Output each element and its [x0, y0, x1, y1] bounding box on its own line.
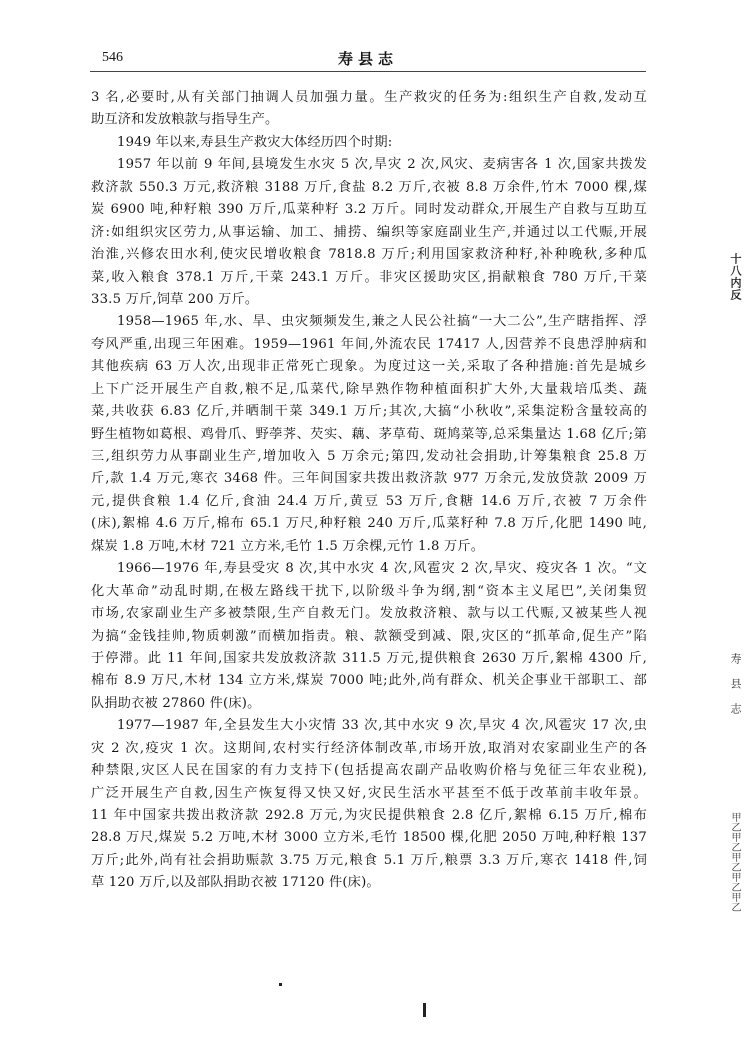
- text-line: 治淮,兴修农田水利,使灾民增收粮食 7818.8 万斤;利用国家救济种籽,补种晚…: [91, 244, 647, 266]
- text-line: 33.5 万斤,饲草 200 万斤。: [91, 289, 647, 311]
- text-line: 万斤;此外,尚有社会捐助赈款 3.75 万元,粮食 5.1 万斤,粮票 3.3 …: [91, 850, 647, 872]
- text-line: 1949 年以来,寿县生产救灾大体经历四个时期:: [91, 132, 647, 154]
- text-line: 菜,共收获 6.83 亿斤,并晒制干菜 349.1 万斤;其次,大搞“小秋收”,…: [91, 401, 647, 423]
- text-line: 广泛开展生产自救,因生产恢复得又快又好,灾民生活水平甚至不低于改革前丰收年景。: [91, 783, 647, 805]
- text-line: 棉布 8.9 万尺,木材 134 立方米,煤炭 7000 吨;此外,尚有群众、机…: [91, 670, 647, 692]
- text-line: 煤炭 1.8 万吨,木材 721 立方米,毛竹 1.5 万余棵,元竹 1.8 万…: [91, 536, 647, 558]
- text-line: 1958—1965 年,水、旱、虫灾频频发生,兼之人民公社搞“一大二公”,生产瞎…: [91, 311, 647, 333]
- text-line: 上下广泛开展生产自救,粮不足,瓜菜代,除早熟作物种植面积扩大外,大量栽培瓜类、蔬: [91, 379, 647, 401]
- text-line: 斤,款 1.4 万元,寒衣 3468 件。三年间国家共拨出救济款 977 万余元…: [91, 468, 647, 490]
- text-line: 1966—1976 年,寿县受灾 8 次,其中水灾 4 次,风雹灾 2 次,旱灾…: [91, 558, 647, 580]
- text-line: 队捐助衣被 27860 件(床)。: [91, 693, 647, 715]
- text-line: 种禁限,灾区人民在国家的有力支持下(包括提高农副产品收购价格与免征三年农业税),: [91, 760, 647, 782]
- text-line: 草 120 万斤,以及部队捐助衣被 17120 件(床)。: [91, 872, 647, 894]
- text-line: 市场,农家副业生产多被禁限,生产自救无门。发放救济粮、款与以工代赈,又被某些人视: [91, 603, 647, 625]
- margin-note-bottom: 甲乙甲乙甲乙甲乙甲乙: [727, 812, 742, 912]
- text-line: 11 年中国家共拨出救济款 292.8 万元,为灾民提供粮食 2.8 亿斤,絮棉…: [91, 805, 647, 827]
- text-line: 助互济和发放粮款与指导生产。: [91, 109, 647, 131]
- text-line: 三,组织劳力从事副业生产,增加收入 5 万余元;第四,发动社会捐助,计筹集粮食 …: [91, 446, 647, 468]
- text-line: 夸风严重,出现三年困难。1959—1961 年间,外流农民 17417 人,因营…: [91, 334, 647, 356]
- running-title: 寿县志: [90, 48, 646, 69]
- text-line: 28.8 万尺,煤炭 5.2 万吨,木材 3000 立方米,毛竹 18500 棵…: [91, 827, 647, 849]
- text-line: 炭 6900 吨,种籽粮 390 万斤,瓜菜种籽 3.2 万斤。同时发动群众,开…: [91, 199, 647, 221]
- margin-note-top: 十八内反: [727, 253, 743, 301]
- text-line: 3 名,必要时,从有关部门抽调人员加强力量。生产救灾的任务为:组织生产自救,发动…: [91, 87, 647, 109]
- text-line: 为搞“金钱挂帅,物质刺激”而横加指责。粮、款额受到减、限,灾区的“抓革命,促生产…: [91, 626, 647, 648]
- text-line: 野生植物如葛根、鸡骨爪、野荸荠、芡实、藕、茅草荀、斑鸠菜等,总采集量达 1.68…: [91, 424, 647, 446]
- margin-note-middle: 寿县志: [727, 653, 743, 728]
- text-line: 1977—1987 年,全县发生大小灾情 33 次,其中水灾 9 次,旱灾 4 …: [91, 715, 647, 737]
- text-line: 化大革命”动乱时期,在极左路线干扰下,以阶级斗争为纲,割“资本主义尾巴”,关闭集…: [91, 581, 647, 603]
- text-line: 1957 年以前 9 年间,县境发生水灾 5 次,旱灾 2 次,风灾、麦病害各 …: [91, 154, 647, 176]
- text-line: 灾 2 次,疫灾 1 次。这期间,农村实行经济体制改革,市场开放,取消对农家副业…: [91, 738, 647, 760]
- scan-artifact-bar: [423, 1003, 426, 1017]
- text-line: 菜,收入粮食 378.1 万斤,干菜 243.1 万斤。非灾区援助灾区,捐献粮食…: [91, 267, 647, 289]
- text-line: 救济款 550.3 万元,救济粮 3188 万斤,食盐 8.2 万斤,衣被 8.…: [91, 177, 647, 199]
- header-rule: [90, 71, 646, 72]
- page-header: 546 寿县志: [90, 48, 646, 72]
- text-line: 其他疾病 63 万人次,出现非正常死亡现象。为度过这一关,采取了各种措施:首先是…: [91, 356, 647, 378]
- text-line: (床),絮棉 4.6 万斤,棉布 65.1 万尺,种籽粮 240 万斤,瓜菜籽种…: [91, 513, 647, 535]
- text-line: 于停滞。此 11 年间,国家共发放救济款 311.5 万元,提供粮食 2630 …: [91, 648, 647, 670]
- text-line: 济:如组织灾区劳力,从事运输、加工、捕捞、编织等家庭副业生产,并通过以工代赈,开…: [91, 222, 647, 244]
- scan-artifact-dot: [279, 983, 282, 986]
- text-line: 元,提供食粮 1.4 亿斤,食油 24.4 万斤,黄豆 53 万斤,食糖 14.…: [91, 491, 647, 513]
- body-text: 3 名,必要时,从有关部门抽调人员加强力量。生产救灾的任务为:组织生产自救,发动…: [91, 87, 647, 895]
